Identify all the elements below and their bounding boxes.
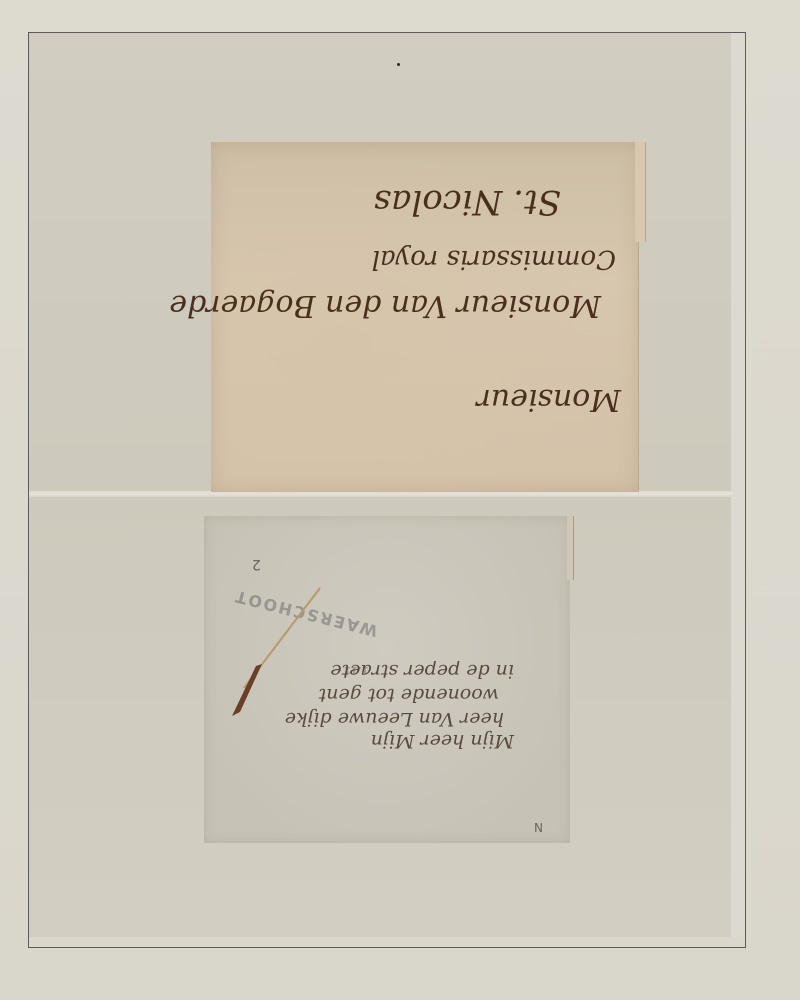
letter-cover-top: Monsieur Monsieur Van den Bogaerde Commi… [211,142,639,492]
cover-flap [635,142,646,242]
address-line: Monsieur [251,382,621,417]
address-line: in de peper straete [274,660,514,682]
letter-cover-bottom: WAERSCHOOT 1.11 2 N Mijn heer Mijn heer … [204,516,570,843]
album-background: Monsieur Monsieur Van den Bogaerde Commi… [0,0,800,1000]
address-line: heer Van Leeuwe dijke [244,708,504,730]
address-line: Monsieur Van den Bogaerde [291,288,601,323]
page-edge-right [731,33,745,947]
address-line: Mijn heer Mijn [254,730,514,752]
dust-speck [397,63,400,66]
address-line: Commissaris royal [306,244,616,274]
address-line: woonende tot gent [259,684,499,706]
page-edge-bottom [29,937,745,947]
address-line: St. Nicolas [241,182,561,222]
